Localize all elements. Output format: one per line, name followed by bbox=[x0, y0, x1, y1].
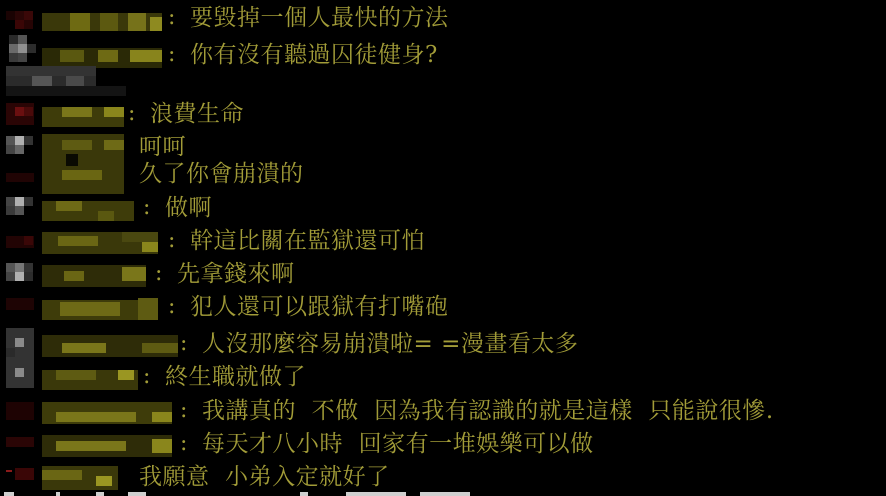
username-pixelated bbox=[42, 398, 172, 424]
separator-colon: : bbox=[168, 42, 175, 68]
separator-colon: : bbox=[168, 5, 175, 31]
pixelated-filler bbox=[6, 66, 96, 96]
comment-content: 終生職就做了 bbox=[165, 363, 306, 391]
comment-content: 要毀掉一個人最快的方法 bbox=[190, 4, 449, 32]
separator-colon: : bbox=[168, 228, 175, 254]
comment-content: 呵呵 bbox=[139, 133, 186, 161]
comment-row: 我願意 小弟入定就好了 bbox=[0, 461, 886, 493]
username-pixelated bbox=[42, 5, 162, 31]
comment-content: 做啊 bbox=[165, 194, 212, 222]
ptt-comment-terminal: : 要毀掉一個人最快的方法 : 你有沒有聽過囚徒健身? bbox=[0, 0, 886, 496]
comment-content: 每天才八小時 回家有一堆娛樂可以做 bbox=[202, 430, 594, 458]
separator-colon: : bbox=[168, 294, 175, 320]
separator-colon: : bbox=[180, 431, 187, 457]
comment-content: 我講真的 不做 因為我有認識的就是這樣 只能說很慘. bbox=[202, 397, 774, 425]
comment-content: 犯人還可以跟獄有打嘴砲 bbox=[190, 293, 449, 321]
comment-content: 幹這比關在監獄還可怕 bbox=[190, 227, 425, 255]
comment-row: : 要毀掉一個人最快的方法 bbox=[0, 2, 886, 34]
comment-content: 你有沒有聽過囚徒健身? bbox=[190, 41, 438, 69]
username-pixelated bbox=[42, 101, 124, 127]
comment-row: : 先拿錢來啊 bbox=[0, 258, 886, 290]
separator-colon: : bbox=[143, 195, 150, 221]
username-pixelated bbox=[42, 261, 146, 287]
arrow-tag-pixelated bbox=[6, 433, 34, 455]
separator-colon: : bbox=[143, 364, 150, 390]
comment-row: : 你有沒有聽過囚徒健身? bbox=[0, 39, 886, 71]
arrow-tag-pixelated bbox=[6, 103, 34, 125]
username-pixelated bbox=[42, 364, 138, 390]
comment-row: : 做啊 bbox=[0, 192, 886, 224]
username-pixelated bbox=[42, 331, 178, 357]
arrow-tag-pixelated bbox=[6, 466, 34, 488]
push-tag-pixelated bbox=[6, 263, 34, 285]
comment-row: : 人沒那麼容易崩潰啦= =漫畫看太多 bbox=[0, 328, 886, 360]
comment-content: 人沒那麼容易崩潰啦= =漫畫看太多 bbox=[202, 330, 578, 358]
comment-row: : 浪費生命 bbox=[0, 98, 886, 130]
separator-colon: : bbox=[180, 331, 187, 357]
comment-row: : 我講真的 不做 因為我有認識的就是這樣 只能說很慘. bbox=[0, 395, 886, 427]
username-pixelated bbox=[42, 195, 134, 221]
comment-content: 久了你會崩潰的 bbox=[139, 160, 304, 188]
username-pixelated bbox=[42, 431, 172, 457]
arrow-tag-pixelated bbox=[6, 230, 34, 252]
comment-row: : 每天才八小時 回家有一堆娛樂可以做 bbox=[0, 428, 886, 460]
push-tag-pixelated bbox=[6, 7, 34, 29]
comment-row-continuation: 久了你會崩潰的 bbox=[0, 158, 886, 190]
username-pixelated bbox=[42, 294, 158, 320]
arrow-tag-pixelated bbox=[6, 400, 34, 422]
username-pixelated bbox=[42, 228, 158, 254]
comment-content: 先拿錢來啊 bbox=[177, 260, 295, 288]
separator-colon: : bbox=[180, 398, 187, 424]
username-pixelated bbox=[42, 464, 118, 490]
comment-content: 我願意 小弟入定就好了 bbox=[139, 463, 390, 491]
separator-colon: : bbox=[128, 101, 135, 127]
push-tag-pixelated bbox=[6, 136, 34, 158]
push-tag-pixelated bbox=[6, 35, 34, 65]
comment-row: : 犯人還可以跟獄有打嘴砲 bbox=[0, 291, 886, 323]
push-tag-pixelated bbox=[6, 197, 34, 219]
arrow-tag-pixelated bbox=[6, 296, 34, 318]
separator-colon: : bbox=[155, 261, 162, 287]
partially-visible-next-row bbox=[0, 492, 886, 496]
arrow-tag-pixelated bbox=[6, 163, 34, 185]
comment-row: : 終生職就做了 bbox=[0, 361, 886, 393]
comment-content: 浪費生命 bbox=[150, 100, 244, 128]
username-pixelated bbox=[42, 42, 162, 68]
comment-row: : 幹這比關在監獄還可怕 bbox=[0, 225, 886, 257]
